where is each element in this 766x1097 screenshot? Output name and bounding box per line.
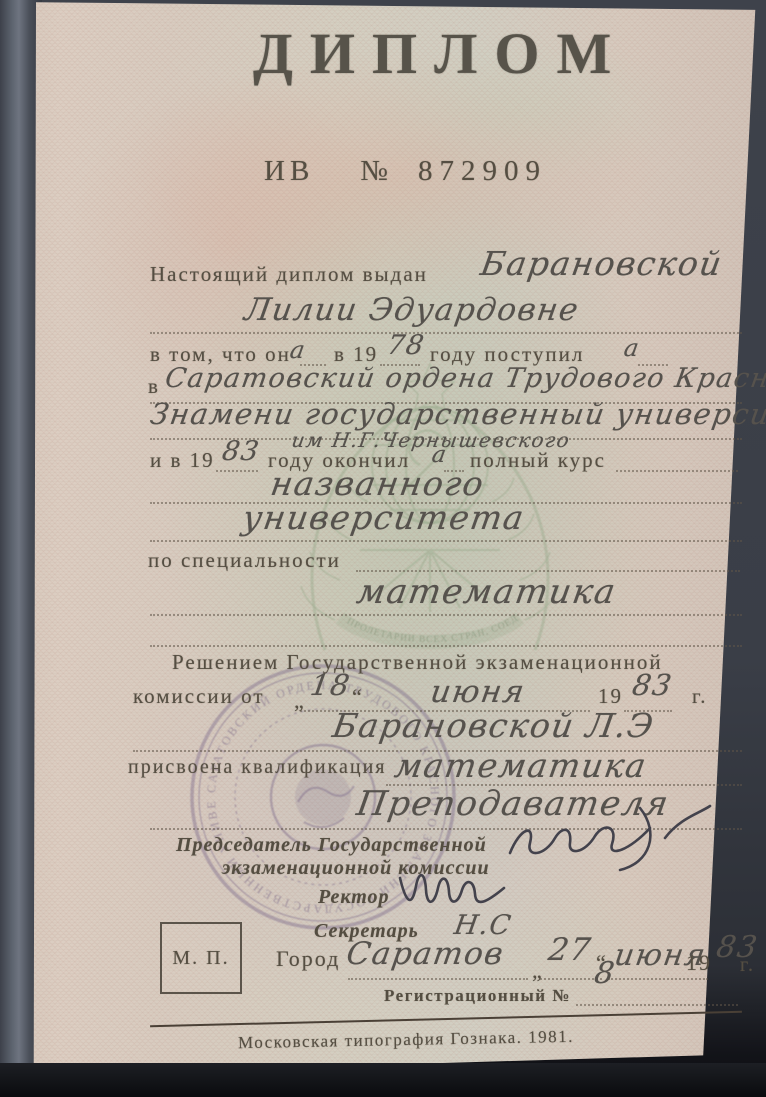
full-course-label: полный курс	[470, 448, 606, 473]
rector-signature	[392, 858, 512, 918]
year19-label: 19	[686, 950, 712, 976]
city-label: Город	[276, 946, 340, 972]
decision-day-hw: 18	[308, 668, 353, 702]
numero-sign: №	[360, 155, 390, 188]
mp-label: М. П.	[172, 947, 229, 970]
awarded-to-hw: Барановской Л.Э	[330, 706, 657, 745]
dotted-line	[616, 468, 738, 472]
v-prefix-label: в	[148, 374, 160, 399]
university-line1-hw: Саратовский ордена Трудового Красного	[163, 363, 766, 394]
diploma-photo: ПРОЛЕТАРИИ ВСЕХ СТРАН, СОЕДИНЯЙТЕСЬ! САР…	[0, 0, 766, 1097]
entry-year-hw: 78	[385, 330, 427, 361]
dotted-line	[608, 976, 708, 980]
qualification-label: присвоена квалификация	[128, 756, 386, 779]
and-in19-label: и в 19	[150, 448, 215, 473]
named2-hw: университета	[240, 498, 528, 537]
rector-label: Ректор	[318, 886, 390, 909]
chairman-label-line1: Председатель Государственной	[176, 834, 487, 857]
g-label: г.	[740, 954, 755, 977]
chairman-signature	[500, 798, 720, 878]
specialty-label: по специальности	[148, 548, 341, 573]
dotted-line	[150, 330, 742, 334]
university-line2-hw: Знамени государственный университет	[148, 397, 766, 431]
recipient-given-names: Лилии Эдуардовне	[242, 292, 582, 328]
registration-label: Регистрационный №	[384, 986, 571, 1006]
grad-year-hw: 83	[220, 436, 262, 467]
decision-line1: Решением Государственной экзаменационной	[172, 650, 663, 675]
seal-place-box: М. П.	[160, 922, 242, 994]
dotted-line	[348, 976, 528, 980]
recipient-surname: Барановской	[478, 244, 726, 283]
dotted-line	[576, 1002, 738, 1006]
diploma-number: 872909	[418, 155, 547, 188]
dotted-line	[216, 468, 258, 472]
qualification1-hw: математика	[392, 746, 650, 785]
g-label: г.	[692, 684, 708, 709]
dotted-line	[150, 612, 742, 616]
commission-from-label: комиссии от	[133, 684, 265, 709]
issued-label: Настоящий диплом выдан	[150, 262, 428, 287]
dotted-line	[150, 538, 742, 542]
decision-month-hw: июня	[428, 674, 528, 710]
specialty-hw: математика	[354, 572, 619, 612]
open-quote: „	[532, 958, 544, 984]
series-label: ИВ	[264, 155, 314, 188]
dotted-line	[150, 643, 742, 647]
city-hw: Саратов	[344, 936, 507, 972]
decision-year-hw: 83	[630, 668, 675, 702]
diploma-title: ДИПЛОМ	[253, 20, 628, 87]
book-cover-bottom	[0, 1063, 766, 1097]
issue-day-hw: 27	[546, 932, 594, 968]
